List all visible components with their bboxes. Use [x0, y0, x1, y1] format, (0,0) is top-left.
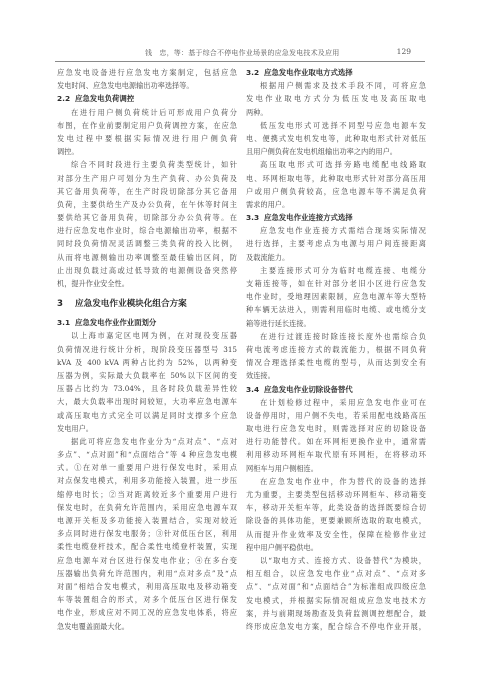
text-line: 从而提升作业效率及安全性，保障在检修作业过	[246, 528, 426, 541]
text-line: 设备停用时，用户侧不失电，若采用配电线路高压	[246, 409, 426, 422]
section-heading-3-1: 3.1应急发电作业作业面划分	[57, 316, 237, 329]
text-line: 进行选择，主要考虑点为电源与用户间连接距离	[246, 237, 426, 250]
text-line: 发电作业取电方式分为低压发电及高压取电	[246, 92, 426, 105]
text-line: 缩停电时长；②当对距离较近多个重要用户进行	[57, 488, 237, 501]
text-line: 种车辆无法进入，则需利用临时电缆、或电缆分支	[246, 303, 426, 316]
page-number: 129	[397, 47, 411, 56]
text-line: 情况合理选择柔性电缆的型号，从而达到安全有	[246, 356, 426, 369]
text-line: 压器为例，实际最大负载率在 50%以下区间的变	[57, 369, 237, 382]
right-column: 3.2应急发电作业取电方式选择根据用户侧需求及技术手段不同，可将应急发电作业取电…	[246, 66, 426, 633]
text-line: 程中用户侧平稳供电。	[246, 541, 426, 554]
text-line: 式。①在对单一重要用户进行保发电时，采用点	[57, 461, 237, 474]
section-title: 应急发电作业取电方式选择	[264, 68, 353, 77]
text-line: 案，并与前期现场勘查及负荷监测调控想配合，最	[246, 607, 426, 620]
section-number: 3.4	[246, 383, 264, 396]
text-line: 在进行过渡连接时除连接长度外也需综合负	[246, 330, 426, 343]
text-line: 取电进行应急发电时，则需选择对应的切除设备	[246, 422, 426, 435]
text-line: 据此可将应急发电作业分为“点对点”、“点对	[57, 435, 237, 448]
text-line: 进行功能替代。如在环网柜更换作业中，通常需	[246, 435, 426, 448]
section-heading-3-4: 3.4应急发电作业切除设备替代	[246, 383, 426, 396]
text-line: 综合不同时段进行主要负荷类型统计，如针	[57, 158, 237, 171]
text-line: 机，提升作业安全性。	[57, 277, 237, 290]
text-line: 电源开关柜及多功能接入装置结合，实现对较近	[57, 514, 237, 527]
text-line: 应急发电作业连接方式需结合现场实际情况	[246, 224, 426, 237]
text-line: 除设备的具体功能，更要兼顾所选取的取电模式，	[246, 514, 426, 527]
text-line: 在应急发电作业中，作为替代的设备的选择	[246, 475, 426, 488]
section-heading-3: 3应急发电作业模块化组合方案	[57, 290, 237, 316]
section-heading-3-2: 3.2应急发电作业取电方式选择	[246, 66, 426, 79]
text-line: 对点保发电模式，利用多功能接入装置，进一步压	[57, 474, 237, 487]
text-line: 在计划检修过程中，采用应急发电作业可在	[246, 396, 426, 409]
text-line: 压器输出负荷允许范围内，利用“点对多点”及“点	[57, 567, 237, 580]
text-line: 两种。	[246, 106, 426, 119]
text-line: 箱等进行延长连接。	[246, 317, 426, 330]
section-number: 3.3	[246, 211, 264, 224]
text-line: 止出现负载过高或过低导致的电源侧设备突然停	[57, 264, 237, 277]
section-title: 应急发电作业连接方式选择	[264, 213, 353, 222]
text-line: 且用户侧负荷在发电机组输出功率之内的用户。	[246, 145, 426, 158]
section-title: 应急发电作业切除设备替代	[264, 385, 353, 394]
text-line: 车，移动开关柜车等，此类设备的选择既要综合切	[246, 501, 426, 514]
text-line: 多点”、“点对面”和“点面结合”等 4 种应急发电模	[57, 448, 237, 461]
text-line: 低压发电形式可选择不同型号应急电源车发	[246, 119, 426, 132]
text-line: 需求的用户。	[246, 198, 426, 211]
text-line: 发电模式，并根据实际情况组成应急发电技术方	[246, 594, 426, 607]
text-line: 从而将电源侧输出功率调整至最佳输出区间，防	[57, 251, 237, 264]
section-title: 应急发电作业模块化组合方案	[75, 299, 187, 309]
text-line: 支箱连接等，如在针对部分老旧小区进行应急发	[246, 277, 426, 290]
section-number: 2.2	[57, 92, 75, 105]
text-line: 应急发电设备进行应急发电方案制定，包括应急	[57, 66, 237, 79]
text-line: 荷电流考虑连接方式的载流能力，根据不同负荷	[246, 343, 426, 356]
text-line: 对部分生产用户可划分为生产负荷、办公负荷及	[57, 172, 237, 185]
text-line: 同时段负荷情况灵活调整三类负荷的投入比例，	[57, 237, 237, 250]
text-line: 大，最大负载率出现时间较短，大功率应急电源车	[57, 395, 237, 408]
text-line: 负荷情况进行统计分析，现阶段变压器型号 315	[57, 343, 237, 356]
section-number: 3.1	[57, 316, 75, 329]
text-line: 在进行用户侧负荷统计后可形成用户负荷分	[57, 106, 237, 119]
text-line: 电、环网柜取电等，此种取电形式针对部分高压用	[246, 172, 426, 185]
section-heading-3-3: 3.3应急发电作业连接方式选择	[246, 211, 426, 224]
text-line: 对面”相结合发电模式，利用高压取电及移动箱变	[57, 580, 237, 593]
text-line: 以“取电方式、连接方式、设备替代”为模块，	[246, 554, 426, 567]
section-heading-2-2: 2.2应急发电负荷调控	[57, 92, 237, 105]
section-title: 应急发电负荷调控	[75, 94, 134, 103]
text-line: 主要连接形式可分为临时电缆连接、电缆分	[246, 264, 426, 277]
section-number: 3	[57, 290, 75, 318]
text-line: 及载流能力。	[246, 251, 426, 264]
left-column: 应急发电设备进行应急发电方案制定，包括应急发电时间、应急发电电源输出功率选择等。…	[57, 66, 237, 633]
text-line: 调控。	[57, 145, 237, 158]
text-line: 保发电时，在负荷允许范围内，采用应急电源车双	[57, 501, 237, 514]
text-line: 点”、“点对面”和“点面结合”为标准组成四级应急	[246, 580, 426, 593]
text-line: 网柜车与用户侧相连。	[246, 462, 426, 475]
text-line: 电作业，形成应对不同工况的应急发电体系，将应	[57, 606, 237, 619]
text-line: 高压取电形式可选择旁路电缆配电线路取	[246, 158, 426, 171]
text-line: 发电过程中要根据实际情况进行用户侧负荷	[57, 132, 237, 145]
text-line: 尤为重要，主要类型包括移动环网柜车、移动箱变	[246, 488, 426, 501]
text-line: 发电时间、应急发电电源输出功率选择等。	[57, 79, 237, 92]
text-line: 电作业时，受地理因素限制，应急电源车等大型特	[246, 290, 426, 303]
text-line: 相互组合，以应急发电作业“点对点”、“点对多	[246, 567, 426, 580]
section-title: 应急发电作业作业面划分	[75, 318, 156, 327]
text-line: 布图，在作业前要制定用户负荷调控方案，在应急	[57, 119, 237, 132]
text-line: 车等装置组合的形式，对多个低压台区进行保发	[57, 593, 237, 606]
running-title: 钱 忠，等：基于综合不停电作业场景的应急发电技术及应用	[145, 48, 339, 58]
text-line: 应急电源车对台区进行保发电作业；④在多台变	[57, 554, 237, 567]
text-line: 负荷，主要供给生产及办公负荷，在午休等时间主	[57, 198, 237, 211]
text-line: 急发电覆盖面最大化。	[57, 620, 237, 633]
text-line: 进行应急发电作业时，综合电源输出功率，根据不	[57, 224, 237, 237]
text-line: 或高压取电方式完全可以满足同时支撑多个应急	[57, 409, 237, 422]
text-line: 利用移动环网柜车取代原有环网柜，在将移动环	[246, 448, 426, 461]
text-line: 电、便携式发电机发电等，此种取电形式针对低压	[246, 132, 426, 145]
section-number: 3.2	[246, 66, 264, 79]
text-line: 多点同时进行保发电服务；③针对低压台区，利用	[57, 527, 237, 540]
text-line: 其它备用负荷等，在生产时段切除部分其它备用	[57, 185, 237, 198]
text-line: 柔性电缆登杆技术，配合柔性电缆登杆装置，实现	[57, 540, 237, 553]
text-line: 以上海市嘉定区电网为例，在对现役变压器	[57, 329, 237, 342]
text-line: 发电用户。	[57, 422, 237, 435]
text-line: 根据用户侧需求及技术手段不同，可将应急	[246, 79, 426, 92]
text-line: 压器占比约为 73.04%，且各时段负载差异性较	[57, 382, 237, 395]
text-line: 户或用户侧负荷较高，应急电源车等不满足负荷	[246, 185, 426, 198]
text-line: 要供给其它备用负荷，切除部分办公负荷等。在	[57, 211, 237, 224]
text-line: kVA 及 400 kVA 两种占比约为 52%，以两种变	[57, 356, 237, 369]
page-header: 钱 忠，等：基于综合不停电作业场景的应急发电技术及应用 129	[55, 48, 425, 62]
text-line: 效连接。	[246, 369, 426, 382]
text-line: 终形成应急发电方案，配合综合不停电作业开展，	[246, 620, 426, 633]
